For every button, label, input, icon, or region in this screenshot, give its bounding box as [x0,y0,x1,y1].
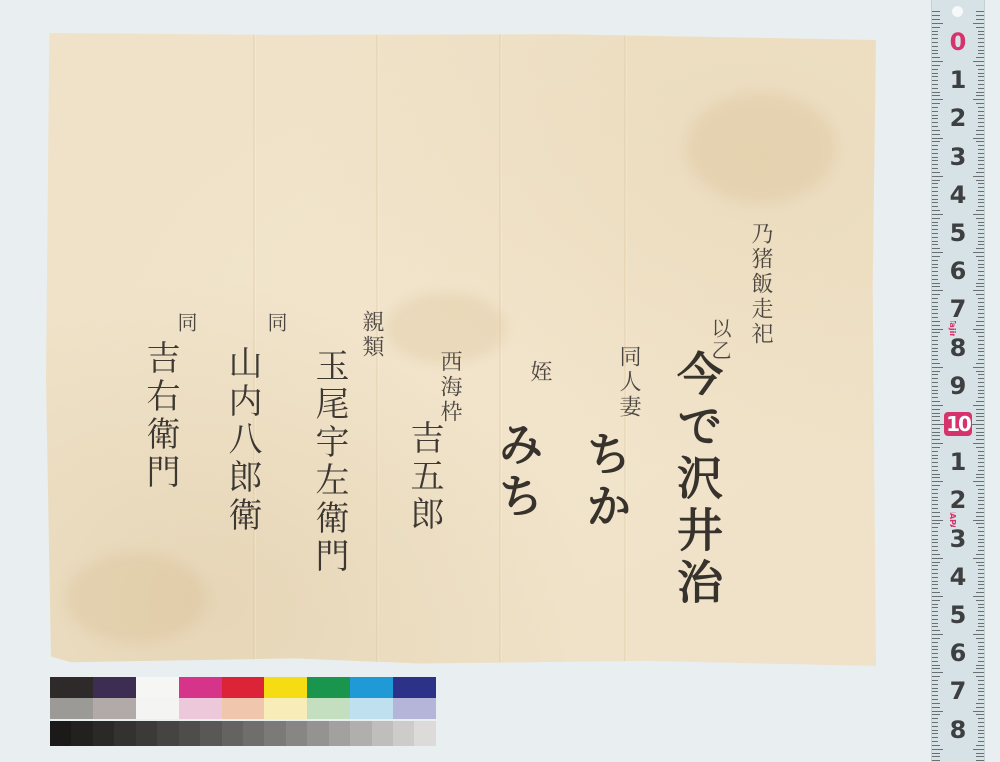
ruler-tick [932,592,940,593]
ruler-tick [976,554,984,555]
text-column: 山内八郎衛 [218,345,267,535]
color-swatch [114,721,135,746]
ruler-number: 2 [938,488,978,512]
ruler-tick [976,371,984,372]
color-chart-grayscale-row [50,721,436,746]
ruler-tick [932,65,940,66]
ruler-tick [976,420,984,421]
text-column: ちか [573,430,639,534]
ruler-tick [976,218,984,219]
ruler-tick [976,141,984,142]
ruler-tick [932,27,940,28]
ruler-tick [932,329,943,330]
color-swatch [200,721,221,746]
ruler-tick [976,428,984,429]
text-column: 吉右衛門 [136,340,185,492]
ruler-tick [932,405,943,406]
ruler-tick [932,367,943,368]
ruler-number: 3 [938,527,978,551]
ruler-tick [932,103,940,104]
color-swatch [93,677,136,698]
ruler-tick [976,630,984,631]
ruler-number: 7 [938,679,978,703]
color-swatch [286,721,307,746]
ruler-tick [932,435,940,436]
color-swatch [157,721,178,746]
ruler-tick [932,99,943,100]
color-swatch [350,677,393,698]
ruler-tick [932,176,943,177]
ruler-tick [932,256,940,257]
ruler-tick [932,714,940,715]
ruler-tick [976,714,984,715]
ruler-tick [976,432,984,433]
ruler-tick [932,401,940,402]
ruler-tick [973,443,984,444]
ruler-tick [932,523,940,524]
ruler-hang-hole [952,6,963,17]
color-swatch [307,677,350,698]
ruler-tick [932,248,940,249]
ruler-tick [932,290,943,291]
color-swatch [222,677,265,698]
ruler-tick [976,668,984,669]
color-swatch [414,721,435,746]
ruler-tick [973,61,984,62]
text-column: みち [485,420,551,524]
fold-line [499,33,502,666]
ruler-number: 0 [938,30,978,54]
ruler-tick [932,214,943,215]
ruler-tick [932,23,943,24]
ruler-tick [976,325,984,326]
ruler-number: 4 [938,183,978,207]
ruler-tick [973,176,984,177]
ruler-tick [932,745,940,746]
ruler-tick [973,214,984,215]
text-column: 今で沢井治 [664,350,730,610]
ruler-number: 8 [938,336,978,360]
ruler-tick [932,596,943,597]
ruler-tick [932,294,940,295]
text-column: 玉尾宇左衛門 [305,348,354,576]
ruler-number: 10 [944,412,972,436]
ruler-number: 9 [938,374,978,398]
ruler-tick [973,138,984,139]
color-swatch [307,721,328,746]
ruler-tick [970,424,984,425]
ruler-tick [976,210,984,211]
ruler-tick [932,711,943,712]
ruler-tick [932,172,940,173]
ruler-tick [976,477,984,478]
ruler-tick [976,439,984,440]
ruler-tick [932,481,943,482]
ruler-tick [932,363,940,364]
color-swatch [264,721,285,746]
ruler-tick [973,749,984,750]
ruler-tick [976,413,984,414]
ruler-tick [976,676,984,677]
text-column: 同 [172,312,201,334]
ruler-tick [976,592,984,593]
ruler-tick [932,416,940,417]
color-swatch [179,721,200,746]
color-chart-saturated-row [50,677,436,698]
ruler-tick [973,634,984,635]
ruler-tick [976,286,984,287]
text-column: 乃猪飯走祀 [745,222,776,347]
ruler-tick [932,477,940,478]
ruler-number: 8 [938,718,978,742]
ruler-tick [973,329,984,330]
ruler-tick [932,409,940,410]
ruler-tick [976,332,984,333]
ruler-tick [932,756,940,757]
ruler-tick [973,252,984,253]
ruler-tick [973,481,984,482]
ruler-tick [973,23,984,24]
ruler-number: 5 [938,221,978,245]
ruler-tick [932,218,940,219]
ruler-tick [976,180,984,181]
ruler-number: 4 [938,565,978,589]
ruler-tick [932,428,940,429]
ruler-tick [973,672,984,673]
ruler-tick [932,707,940,708]
ruler-tick [932,447,940,448]
ruler-tick [932,672,943,673]
ruler-tick [976,103,984,104]
ruler-number: 5 [938,603,978,627]
ruler-tick [932,634,943,635]
color-swatch [71,721,92,746]
text-column: 姪 [524,360,555,385]
ruler-tick [932,57,940,58]
ruler-tick [976,19,984,20]
color-swatch [329,721,350,746]
ruler-tick [932,138,943,139]
ruler-tick [976,745,984,746]
ruler-tick [973,290,984,291]
color-swatch [307,698,350,719]
ruler-tick [932,668,940,669]
ruler-tick [976,27,984,28]
ruler-tick [973,367,984,368]
ruler-tick [932,749,943,750]
color-swatch [93,698,136,719]
ruler-tick [976,523,984,524]
ruler-tick [932,753,940,754]
ruler-tick [976,57,984,58]
color-swatch [93,721,114,746]
ruler-number: 6 [938,259,978,283]
ruler-tick [976,707,984,708]
color-swatch [50,677,93,698]
color-swatch [222,698,265,719]
ruler-tick [932,562,940,563]
ruler-tick [932,134,940,135]
ruler-tick [932,558,943,559]
color-swatch [264,698,307,719]
color-swatch [372,721,393,746]
ruler-number: 1 [938,450,978,474]
color-swatch [243,721,264,746]
color-swatch [136,721,157,746]
ruler-tick [932,413,940,414]
ruler-tick [932,554,940,555]
ruler-tick [976,753,984,754]
ruler-tick [932,420,940,421]
ruler-tick [976,600,984,601]
ruler-tick [976,401,984,402]
color-calibration-chart [50,677,436,747]
ruler-tick [973,596,984,597]
ruler-tick [976,134,984,135]
ruler-tick [976,416,984,417]
paper-stain [686,93,836,203]
color-swatch [393,677,436,698]
paper-stain [66,553,206,643]
ruler-tick [932,210,940,211]
ruler-tick [932,15,940,16]
ruler-tick [932,485,940,486]
ruler-tick [976,363,984,364]
ruler-tick [976,248,984,249]
color-swatch [350,698,393,719]
ruler-tick [976,562,984,563]
color-swatch [50,698,93,719]
ruler-tick [932,630,940,631]
ruler-tick [932,95,940,96]
ruler-number: 2 [938,106,978,130]
text-column: 西海枠 [434,350,465,425]
ruler-tick [932,516,940,517]
color-swatch [50,721,71,746]
color-swatch [179,677,222,698]
ruler-tick [976,760,984,761]
color-chart-pastel-row [50,698,436,719]
ruler-number: 6 [938,641,978,665]
ruler-tick [976,15,984,16]
ruler-tick [973,711,984,712]
ruler-tick [976,256,984,257]
ruler-tick [932,520,943,521]
text-column: 吉五郎 [400,420,449,534]
ruler-tick [973,520,984,521]
ruler-tick [932,141,940,142]
ruler-tick [976,294,984,295]
ruler-tick [976,485,984,486]
ruler-tick [932,676,940,677]
ruler-tick [973,99,984,100]
color-swatch [222,721,243,746]
ruler-tick [976,756,984,757]
ruler-tick [932,286,940,287]
ruler-tick [932,61,943,62]
ruler-tick [976,435,984,436]
text-column: 同 [262,312,291,334]
ruler-tick [932,432,940,433]
ruler-tick [932,443,943,444]
ruler-tick [976,65,984,66]
ruler-tick [932,600,940,601]
ruler-tick [932,439,940,440]
color-swatch [136,677,179,698]
color-swatch [136,698,179,719]
color-swatch [264,677,307,698]
ruler-tick [932,11,940,12]
ruler-tick [932,180,940,181]
ruler-tick [973,405,984,406]
text-column: 同人妻 [613,345,644,420]
ruler-tick [932,760,940,761]
color-swatch [350,721,371,746]
ruler-tick [976,95,984,96]
ruler-number: 1 [938,68,978,92]
ruler-tick [973,558,984,559]
color-swatch [393,698,436,719]
ruler-tick [976,409,984,410]
ruler-tick [976,11,984,12]
ruler-tick [976,638,984,639]
ruler-tick [976,172,984,173]
color-swatch [179,698,222,719]
ruler-tick [932,371,940,372]
ruler-tick [932,19,940,20]
measuring-ruler: 1m Tajima JAPAN 01234567891012345678 [931,0,985,762]
ruler-number: 3 [938,145,978,169]
text-column: 親類 [356,310,387,360]
ruler-tick [976,447,984,448]
ruler-tick [932,325,940,326]
ruler-number: 7 [938,297,978,321]
ruler-tick [932,252,943,253]
color-swatch [393,721,414,746]
ruler-tick [932,332,940,333]
ruler-tick [976,516,984,517]
ruler-tick [932,638,940,639]
